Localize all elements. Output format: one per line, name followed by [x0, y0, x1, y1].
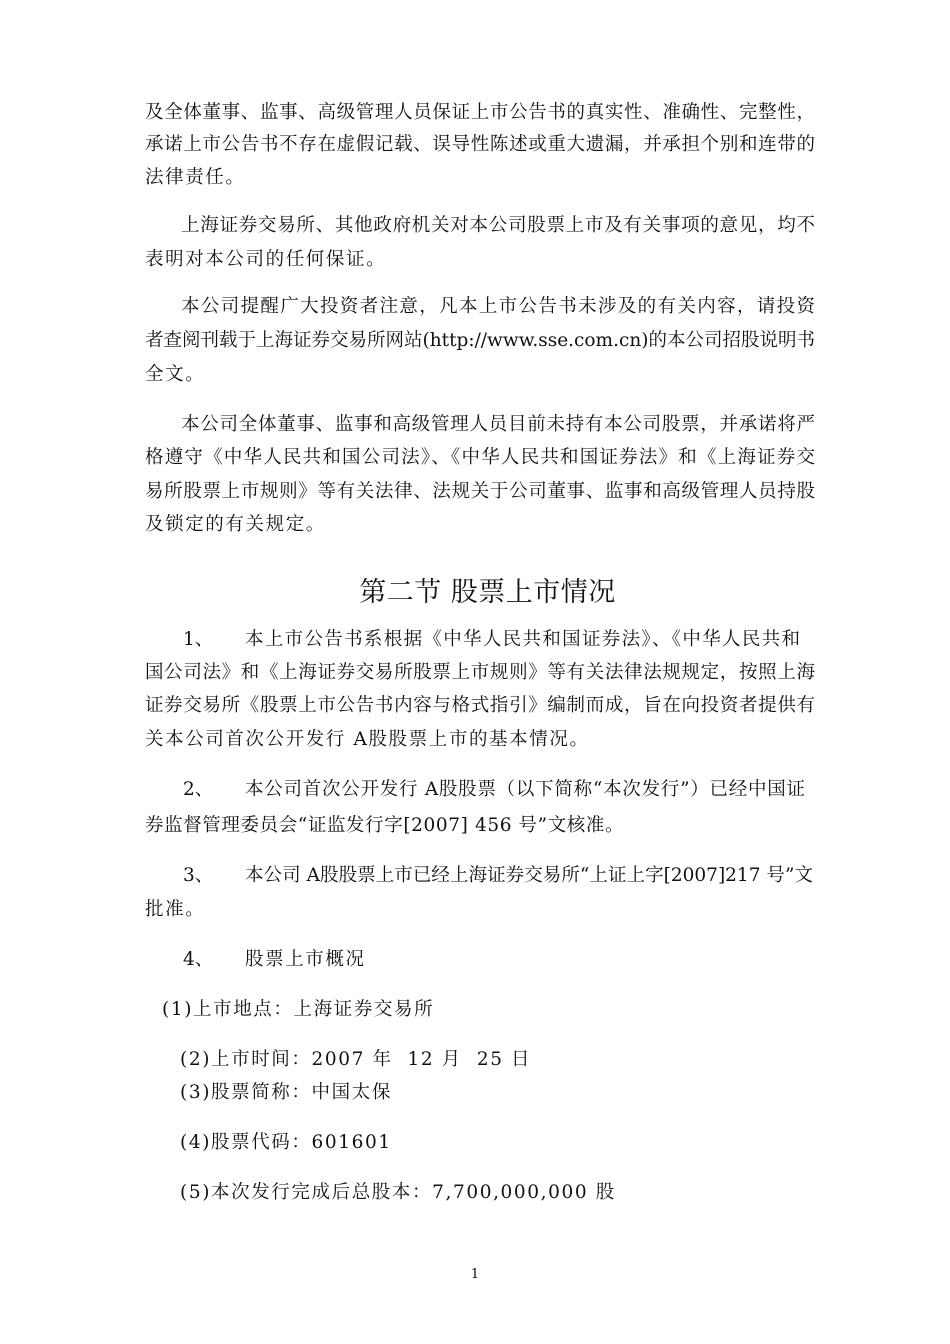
item-3-line-2: 批准。 [145, 898, 815, 922]
listing-location-label: (1)上市地点： [162, 999, 294, 1020]
item-1-line-2: 国公司法》和《上海证券交易所股票上市规则》等有关法律法规规定，按照上海 [145, 661, 815, 685]
stock-code: (4)股票代码：601601 [180, 1131, 850, 1155]
document-page: 及全体董事、监事、高级管理人员保证上市公告书的真实性、准确性、完整性， 承诺上市… [0, 0, 950, 1344]
listing-location-value: 上海证券交易所 [294, 999, 435, 1020]
item-2-number: 2、 [183, 778, 213, 802]
total-share-capital-value: 7,700,000,000 股 [432, 1182, 616, 1203]
item-2-line-2: 券监督管理委员会“证监发行字[2007] 456 号”文核准。 [145, 814, 815, 838]
item-1-number: 1、 [183, 628, 213, 652]
listing-date-label: (2)上市时间： [180, 1049, 312, 1070]
total-share-capital: (5)本次发行完成后总股本：7,700,000,000 股 [180, 1181, 850, 1205]
stock-short-name-label: (3)股票简称： [180, 1082, 312, 1103]
stock-code-value: 601601 [312, 1132, 392, 1153]
page-number: 1 [0, 1267, 950, 1283]
item-2-line-1: 本公司首次公开发行 A股股票（以下简称“本次发行”）已经中国证 [245, 778, 805, 802]
item-1-line-4: 关本公司首次公开发行 A股股票上市的基本情况。 [145, 728, 815, 752]
total-share-capital-label: (5)本次发行完成后总股本： [180, 1182, 432, 1203]
paragraph-1-line-3: 法律责任。 [145, 166, 815, 190]
item-4-line-1: 股票上市概况 [245, 948, 915, 972]
item-1-line-3: 证券交易所《股票上市公告书内容与格式指引》编制而成，旨在向投资者提供有 [145, 694, 815, 718]
paragraph-3-line-1: 本公司提醒广大投资者注意，凡本上市公告书未涉及的有关内容，请投资 [181, 295, 815, 319]
stock-short-name: (3)股票简称：中国太保 [180, 1081, 850, 1105]
listing-date-value: 2007 年 12 月 25 日 [312, 1049, 532, 1070]
paragraph-4-line-1: 本公司全体董事、监事和高级管理人员目前未持有本公司股票，并承诺将严 [181, 413, 815, 437]
item-4-number: 4、 [183, 948, 213, 972]
item-3-number: 3、 [183, 864, 213, 888]
paragraph-1-line-2: 承诺上市公告书不存在虚假记载、误导性陈述或重大遗漏，并承担个别和连带的 [145, 133, 815, 157]
item-3-line-1: 本公司 A股股票上市已经上海证券交易所“上证上字[2007]217 号”文 [245, 864, 813, 888]
paragraph-4-line-3: 易所股票上市规则》等有关法律、法规关于公司董事、监事和高级管理人员持股 [145, 480, 815, 504]
listing-location: (1)上市地点：上海证券交易所 [162, 998, 832, 1022]
paragraph-3-line-3: 全文。 [145, 363, 815, 387]
stock-short-name-value: 中国太保 [312, 1082, 392, 1103]
paragraph-1-line-1: 及全体董事、监事、高级管理人员保证上市公告书的真实性、准确性、完整性， [145, 101, 815, 125]
paragraph-4-line-2: 格遵守《中华人民共和国公司法》、《中华人民共和国证券法》和《上海证券交 [145, 446, 815, 470]
paragraph-2-line-1: 上海证券交易所、其他政府机关对本公司股票上市及有关事项的意见，均不 [181, 214, 815, 238]
item-1-line-1: 本上市公告书系根据《中华人民共和国证券法》、《中华人民共和 [245, 628, 800, 652]
paragraph-4-line-4: 及锁定的有关规定。 [145, 513, 815, 537]
paragraph-3-line-2: 者查阅刊载于上海证券交易所网站(http://www.sse.com.cn)的本… [145, 329, 810, 353]
listing-date: (2)上市时间：2007 年 12 月 25 日 [180, 1048, 850, 1072]
section-heading: 第二节 股票上市情况 [0, 576, 950, 610]
stock-code-label: (4)股票代码： [180, 1132, 312, 1153]
paragraph-2-line-2: 表明对本公司的任何保证。 [145, 248, 815, 272]
